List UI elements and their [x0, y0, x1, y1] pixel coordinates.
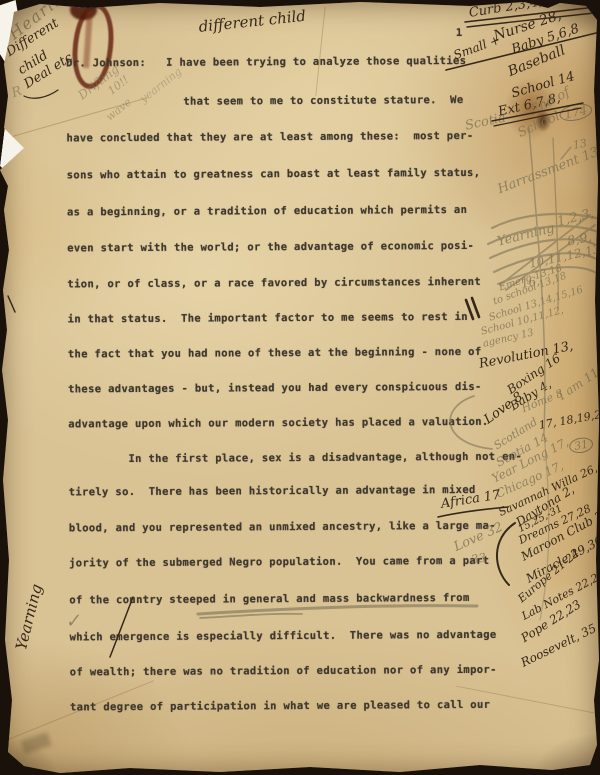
margin-note-33: 33: [470, 551, 487, 565]
typed-line: of the country steeped in general and ma…: [69, 592, 469, 606]
margin-note-check: ✓: [64, 612, 81, 632]
typed-line: which emergence is especially difficult.…: [70, 629, 497, 644]
typed-line: jority of the submerged Negro population…: [69, 555, 489, 570]
paper: 1 Dr. Johnson: I have been trying to ana…: [0, 0, 600, 775]
typed-line: the fact that you had none of these at t…: [68, 346, 482, 361]
typed-line: in that status. The important factor to …: [68, 311, 468, 325]
typed-line: blood, and you represented an unmixed an…: [69, 520, 496, 535]
scanned-document-page: 1 Dr. Johnson: I have been trying to ana…: [0, 0, 600, 775]
typed-line: that seem to me to constitute stature. W…: [183, 94, 463, 108]
page-number: 1: [456, 27, 463, 39]
typed-line: have concluded that they are at least am…: [66, 130, 473, 144]
typed-line: tion, or of class, or a race favored by …: [67, 276, 481, 291]
typed-line: as a beginning, or a tradition of educat…: [67, 204, 467, 218]
typed-line: sons who attain to greatness can boast a…: [67, 167, 481, 182]
typed-line: Dr. Johnson: I have been trying to analy…: [66, 55, 466, 69]
typed-line: of wealth; there was no tradition of edu…: [70, 664, 497, 679]
typed-line: In the first place, sex is a disadvantag…: [128, 451, 522, 465]
typed-line: advantage upon which our modern society …: [68, 416, 488, 431]
typed-line: even start with the world; or the advant…: [67, 240, 474, 254]
typed-line: tirely so. There has been historically a…: [69, 484, 476, 498]
typed-line: these advantages - but, instead you had …: [68, 381, 482, 396]
typed-line: tant degree of participation in what we …: [70, 699, 490, 714]
